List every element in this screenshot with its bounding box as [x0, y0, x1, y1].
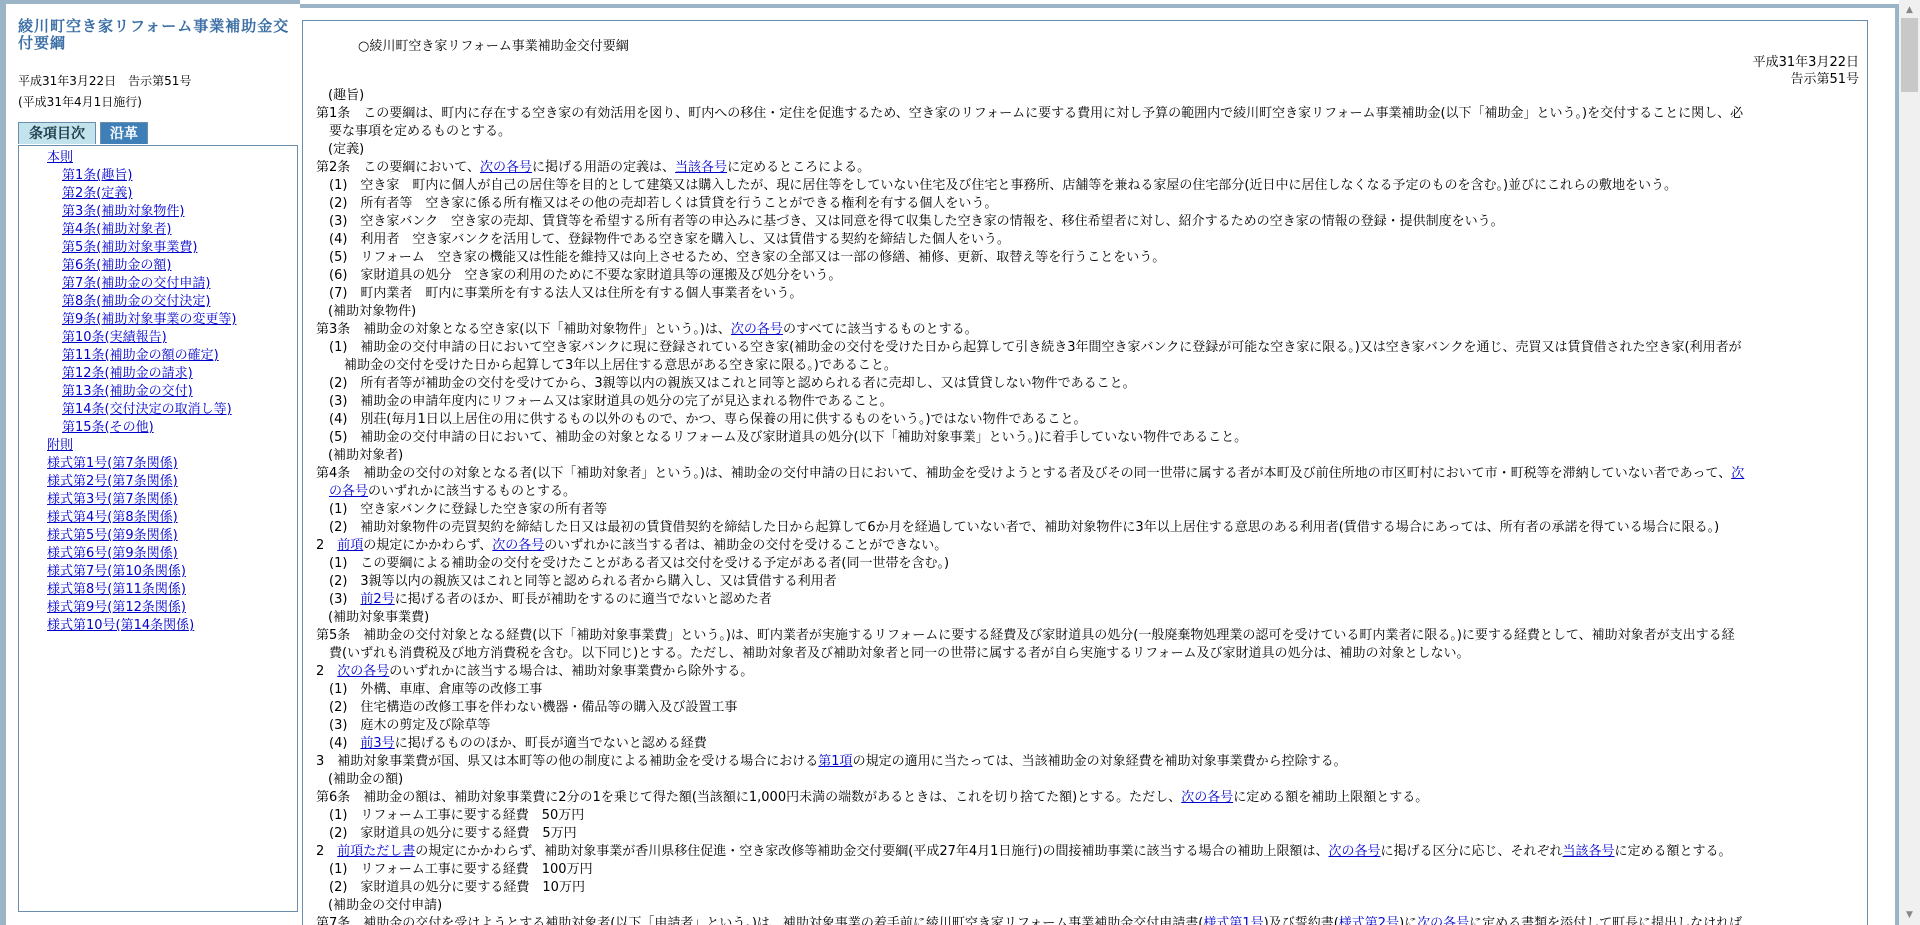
text-segment: 第2条 この要綱において、	[316, 160, 480, 175]
text-segment: のいずれかに該当するものとする。	[368, 484, 576, 499]
text-line: (2) 3親等以内の親族又はこれと同等と認められる者から購入し、又は賃借する利用…	[316, 573, 1856, 591]
text-segment: (1) リフォーム工事に要する経費 100万円	[329, 862, 593, 877]
text-segment: のいずれかに該当する場合は、補助対象事業費から除外する。	[389, 664, 753, 679]
toc-link[interactable]: 様式第7号(第10条関係)	[19, 563, 297, 581]
text-segment: (5) リフォーム 空き家の機能又は性能を維持又は向上させるため、空き家の全部又…	[329, 250, 1165, 265]
text-segment: (2) 住宅構造の改修工事を伴わない機器・備品等の購入及び設置工事	[329, 700, 737, 715]
text-segment: )及び誓約書(	[1264, 916, 1339, 925]
toc-link[interactable]: 附則	[19, 437, 297, 455]
document-body: ○綾川町空き家リフォーム事業補助金交付要綱 平成31年3月22日 告示第51号 …	[302, 20, 1868, 925]
text-segment: に定める額とする。	[1615, 844, 1732, 859]
toc-link[interactable]: 第6条(補助金の額)	[19, 257, 297, 275]
text-segment: (2) 所有者等が補助金の交付を受けてから、3親等以内の親族又はこれと同等と認め…	[329, 376, 1136, 391]
toc-link[interactable]: 第14条(交付決定の取消し等)	[19, 401, 297, 419]
text-segment: (3) 空き家バンク 空き家の売却、賃貸等を希望する所有者等の申込みに基づき、又…	[329, 214, 1504, 229]
document-text: (趣旨)第1条 この要綱は、町内に存在する空き家の有効活用を図り、町内への移住・…	[316, 87, 1856, 925]
text-segment: 第4条 補助金の交付の対象となる者(以下「補助対象者」という。)は、補助金の交付…	[316, 466, 1731, 481]
toc-link[interactable]: 第4条(補助対象者)	[19, 221, 297, 239]
toc-link[interactable]: 第15条(その他)	[19, 419, 297, 437]
text-segment: 要な事項を定めるものとする。	[329, 124, 511, 139]
text-segment: (3)	[329, 592, 360, 607]
text-segment: (2) 家財道具の処分に要する経費 10万円	[329, 880, 585, 895]
text-segment: (補助対象物件)	[328, 304, 416, 319]
enforcement-date: (平成31年4月1日施行)	[18, 93, 142, 110]
text-segment: (定義)	[328, 142, 364, 157]
document-date-block: 平成31年3月22日 告示第51号	[1753, 54, 1859, 88]
toc-link[interactable]: 第9条(補助対象事業の変更等)	[19, 311, 297, 329]
tab-history[interactable]: 沿革	[100, 122, 148, 144]
toc-list: 本則第1条(趣旨)第2条(定義)第3条(補助対象物件)第4条(補助対象者)第5条…	[18, 145, 298, 912]
text-segment: の規定の適用に当たっては、当該補助金の対象経費を補助対象事業費から控除する。	[853, 754, 1347, 769]
toc-link[interactable]: 様式第8号(第11条関係)	[19, 581, 297, 599]
scroll-down-arrow-icon[interactable]: ▼	[1899, 907, 1920, 923]
cross-reference-link[interactable]: 当該各号	[675, 160, 727, 175]
text-line: (3) 補助金の申請年度内にリフォーム又は家財道具の処分の完了が見込まれる物件で…	[316, 393, 1856, 411]
text-segment: )に	[1399, 916, 1417, 925]
text-line: (6) 家財道具の処分 空き家の利用のために不要な家財道具等の運搬及び処分をいう…	[316, 267, 1856, 285]
text-segment: (補助金の額)	[328, 772, 403, 787]
text-segment: (趣旨)	[328, 88, 364, 103]
text-line: 2 次の各号のいずれかに該当する場合は、補助対象事業費から除外する。	[316, 663, 1856, 681]
toc-link[interactable]: 第11条(補助金の額の確定)	[19, 347, 297, 365]
cross-reference-link[interactable]: 前2号	[360, 592, 394, 607]
text-segment: 3 補助対象事業費が国、県又は本町等の他の制度による補助金を受ける場合における	[316, 754, 818, 769]
text-segment: (4) 別荘(毎月1日以上居住の用に供するもの以外のもので、かつ、専ら保養の用に…	[329, 412, 1087, 427]
text-segment: (補助金の交付申請)	[328, 898, 442, 913]
text-line: 要な事項を定めるものとする。	[316, 123, 1856, 141]
text-segment: (4)	[329, 736, 360, 751]
text-segment: 第6条 補助金の額は、補助対象事業費に2分の1を乗じて得た額(当該額に1,000…	[316, 790, 1181, 805]
document-title: ○綾川町空き家リフォーム事業補助金交付要綱	[358, 35, 629, 54]
text-line: 3 補助対象事業費が国、県又は本町等の他の制度による補助金を受ける場合における第…	[316, 753, 1856, 771]
text-segment: 費(いずれも消費税及び地方消費税を含む。以下同じ)とする。ただし、補助対象者及び…	[329, 646, 1470, 661]
cross-reference-link[interactable]: 次の各号	[1181, 790, 1233, 805]
article-line: 第2条 この要綱において、次の各号に掲げる用語の定義は、当該各号に定めるところに…	[316, 159, 1856, 177]
toc-link[interactable]: 第10条(実績報告)	[19, 329, 297, 347]
text-line: (1) 空き家バンクに登録した空き家の所有者等	[316, 501, 1856, 519]
article-line: 第5条 補助金の交付対象となる経費(以下「補助対象事業費」という。)は、町内業者…	[316, 627, 1856, 645]
text-line: (3) 空き家バンク 空き家の売却、賃貸等を希望する所有者等の申込みに基づき、又…	[316, 213, 1856, 231]
toc-link[interactable]: 第8条(補助金の交付決定)	[19, 293, 297, 311]
toc-link[interactable]: 様式第3号(第7条関係)	[19, 491, 297, 509]
toc-frame: 綾川町空き家リフォーム事業補助金交付要綱 平成31年3月22日 告示第51号 (…	[0, 0, 300, 925]
promulgation-date: 平成31年3月22日 告示第51号	[18, 72, 191, 89]
text-segment: (7) 町内業者 町内に事業所を有する法人又は住所を有する個人事業者をいう。	[329, 286, 802, 301]
text-segment: に掲げる者のほか、町長が補助をするのに適当でないと認めた者	[395, 592, 772, 607]
cross-reference-link[interactable]: 次	[1731, 466, 1744, 481]
text-segment: (2) 補助対象物件の売買契約を締結した日又は最初の賃貸借契約を締結した日から起…	[329, 520, 1719, 535]
text-segment: に掲げる用語の定義は、	[532, 160, 675, 175]
text-segment: (1) 空き家 町内に個人が自己の居住等を目的として建築又は購入したが、現に居住…	[329, 178, 1677, 193]
text-segment: 補助金の交付を受けた日から起算して3年以上居住する意思がある空き家に限る。)であ…	[344, 358, 897, 373]
cross-reference-link[interactable]: 前項	[337, 538, 363, 553]
text-line: (1) 外構、車庫、倉庫等の改修工事	[316, 681, 1856, 699]
text-line: (5) リフォーム 空き家の機能又は性能を維持又は向上させるため、空き家の全部又…	[316, 249, 1856, 267]
article-caption: (補助金の額)	[316, 771, 1856, 789]
toc-link[interactable]: 第7条(補助金の交付申請)	[19, 275, 297, 293]
text-segment: (3) 庭木の剪定及び除草等	[329, 718, 490, 733]
text-line: 2 前項ただし書の規定にかかわらず、補助対象事業が香川県移住促進・空き家改修等補…	[316, 843, 1856, 861]
text-line: (1) リフォーム工事に要する経費 100万円	[316, 861, 1856, 879]
text-line: (2) 補助対象物件の売買契約を締結した日又は最初の賃貸借契約を締結した日から起…	[316, 519, 1856, 537]
text-line: (1) 空き家 町内に個人が自己の居住等を目的として建築又は購入したが、現に居住…	[316, 177, 1856, 195]
article-line: 第7条 補助金の交付を受けようとする補助対象者(以下「申請者」という。)は、補助…	[316, 915, 1856, 925]
document-notice-number: 告示第51号	[1753, 71, 1859, 88]
cross-reference-link[interactable]: 次の各号	[731, 322, 783, 337]
text-segment: に定める書類を添付して町長に提出しなければ	[1469, 916, 1742, 925]
cross-reference-link[interactable]: 前項ただし書	[337, 844, 415, 859]
toc-link[interactable]: 様式第9号(第12条関係)	[19, 599, 297, 617]
article-caption: (補助対象物件)	[316, 303, 1856, 321]
cross-reference-link[interactable]: 様式第2号	[1339, 916, 1399, 925]
text-line: 2 前項の規定にかかわらず、次の各号のいずれかに該当する者は、補助金の交付を受け…	[316, 537, 1856, 555]
text-line: (2) 住宅構造の改修工事を伴わない機器・備品等の購入及び設置工事	[316, 699, 1856, 717]
toc-link[interactable]: 第1条(趣旨)	[19, 167, 297, 185]
text-line: (3) 前2号に掲げる者のほか、町長が補助をするのに適当でないと認めた者	[316, 591, 1856, 609]
toc-link[interactable]: 様式第5号(第9条関係)	[19, 527, 297, 545]
text-segment: に掲げるもののほか、町長が適当でないと認める経費	[395, 736, 707, 751]
cross-reference-link[interactable]: 当該各号	[1563, 844, 1615, 859]
text-segment: 第1条 この要綱は、町内に存在する空き家の有効活用を図り、町内への移住・定住を促…	[316, 106, 1743, 121]
article-caption: (補助対象事業費)	[316, 609, 1856, 627]
cross-reference-link[interactable]: 第1項	[818, 754, 852, 769]
cross-reference-link[interactable]: 次の各号	[1329, 844, 1381, 859]
cross-reference-link[interactable]: 次の各号	[480, 160, 532, 175]
text-segment: (1) 外構、車庫、倉庫等の改修工事	[329, 682, 542, 697]
text-segment: に定めるところによる。	[727, 160, 870, 175]
document-frame: ○綾川町空き家リフォーム事業補助金交付要綱 平成31年3月22日 告示第51号 …	[300, 4, 1899, 925]
text-segment: (6) 家財道具の処分 空き家の利用のために不要な家財道具等の運搬及び処分をいう…	[329, 268, 841, 283]
text-segment: 2	[316, 538, 337, 553]
text-segment: に定める額を補助上限額とする。	[1233, 790, 1428, 805]
toc-link[interactable]: 第3条(補助対象物件)	[19, 203, 297, 221]
text-segment: に掲げる区分に応じ、それぞれ	[1381, 844, 1563, 859]
text-segment: (2) 家財道具の処分に要する経費 5万円	[329, 826, 577, 841]
text-line: (2) 所有者等が補助金の交付を受けてから、3親等以内の親族又はこれと同等と認め…	[316, 375, 1856, 393]
text-line: (2) 家財道具の処分に要する経費 5万円	[316, 825, 1856, 843]
law-title-heading: 綾川町空き家リフォーム事業補助金交付要綱	[18, 18, 298, 52]
text-line: (7) 町内業者 町内に事業所を有する法人又は住所を有する個人事業者をいう。	[316, 285, 1856, 303]
text-line: (1) この要綱による補助金の交付を受けたことがある者又は交付を受ける予定がある…	[316, 555, 1856, 573]
text-segment: (5) 補助金の交付申請の日において、補助金の対象となるリフォーム及び家財道具の…	[329, 430, 1247, 445]
article-caption: (定義)	[316, 141, 1856, 159]
text-segment: 第7条 補助金の交付を受けようとする補助対象者(以下「申請者」という。)は、補助…	[316, 916, 1203, 925]
text-line: (3) 庭木の剪定及び除草等	[316, 717, 1856, 735]
text-line: (1) リフォーム工事に要する経費 50万円	[316, 807, 1856, 825]
text-segment: (2) 3親等以内の親族又はこれと同等と認められる者から購入し、又は賃借する利用…	[329, 574, 837, 589]
text-segment: (1) 補助金の交付申請の日において空き家バンクに現に登録されている空き家(補助…	[329, 340, 1742, 355]
article-caption: (趣旨)	[316, 87, 1856, 105]
article-caption: (補助金の交付申請)	[316, 897, 1856, 915]
text-segment: のいずれかに該当する者は、補助金の交付を受けることができない。	[544, 538, 947, 553]
text-segment: の規定にかかわらず、補助対象事業が香川県移住促進・空き家改修等補助金交付要綱(平…	[415, 844, 1328, 859]
text-segment: の規定にかかわらず、	[363, 538, 492, 553]
text-segment: (1) 空き家バンクに登録した空き家の所有者等	[329, 502, 607, 517]
text-line: (4) 前3号に掲げるもののほか、町長が適当でないと認める経費	[316, 735, 1856, 753]
toc-link[interactable]: 第2条(定義)	[19, 185, 297, 203]
text-segment: (補助対象事業費)	[328, 610, 429, 625]
toc-link[interactable]: 様式第2号(第7条関係)	[19, 473, 297, 491]
text-line: (4) 別荘(毎月1日以上居住の用に供するもの以外のもので、かつ、専ら保養の用に…	[316, 411, 1856, 429]
cross-reference-link[interactable]: 次の各号	[492, 538, 544, 553]
toc-link[interactable]: 様式第6号(第9条関係)	[19, 545, 297, 563]
text-segment: (2) 所有者等 空き家に係る所有権又はその他の売却若しくは賃貸を行うことができ…	[329, 196, 997, 211]
scrollbar-thumb[interactable]	[1901, 18, 1918, 92]
text-segment: (4) 利用者 空き家バンクを活用して、登録物件である空き家を購入し、又は賃借す…	[329, 232, 1010, 247]
scroll-up-arrow-icon[interactable]: ▲	[1899, 2, 1920, 18]
text-line: (4) 利用者 空き家バンクを活用して、登録物件である空き家を購入し、又は賃借す…	[316, 231, 1856, 249]
text-line: (5) 補助金の交付申請の日において、補助金の対象となるリフォーム及び家財道具の…	[316, 429, 1856, 447]
article-caption: (補助対象者)	[316, 447, 1856, 465]
toc-link[interactable]: 様式第1号(第7条関係)	[19, 455, 297, 473]
article-line: 第6条 補助金の額は、補助対象事業費に2分の1を乗じて得た額(当該額に1,000…	[316, 789, 1856, 807]
vertical-scrollbar[interactable]: ▲ ▼	[1899, 0, 1920, 925]
text-line: (2) 家財道具の処分に要する経費 10万円	[316, 879, 1856, 897]
cross-reference-link[interactable]: 様式第1号	[1203, 916, 1263, 925]
cross-reference-link[interactable]: 前3号	[360, 736, 394, 751]
text-line: の各号のいずれかに該当するものとする。	[316, 483, 1856, 501]
cross-reference-link[interactable]: の各号	[329, 484, 368, 499]
text-segment: 第3条 補助金の対象となる空き家(以下「補助対象物件」という。)は、	[316, 322, 731, 337]
text-segment: 第5条 補助金の交付対象となる経費(以下「補助対象事業費」という。)は、町内業者…	[316, 628, 1735, 643]
article-line: 第1条 この要綱は、町内に存在する空き家の有効活用を図り、町内への移住・定住を促…	[316, 105, 1856, 123]
toc-link[interactable]: 第12条(補助金の請求)	[19, 365, 297, 383]
cross-reference-link[interactable]: 次の各号	[337, 664, 389, 679]
text-segment: のすべてに該当するものとする。	[783, 322, 978, 337]
document-date: 平成31年3月22日	[1753, 54, 1859, 71]
text-segment: (1) リフォーム工事に要する経費 50万円	[329, 808, 584, 823]
article-line: 第4条 補助金の交付の対象となる者(以下「補助対象者」という。)は、補助金の交付…	[316, 465, 1856, 483]
toc-link[interactable]: 本則	[19, 149, 297, 167]
text-line: (1) 補助金の交付申請の日において空き家バンクに現に登録されている空き家(補助…	[316, 339, 1856, 357]
text-segment: (3) 補助金の申請年度内にリフォーム又は家財道具の処分の完了が見込まれる物件で…	[329, 394, 893, 409]
article-line: 第3条 補助金の対象となる空き家(以下「補助対象物件」という。)は、次の各号のす…	[316, 321, 1856, 339]
cross-reference-link[interactable]: 次の各号	[1417, 916, 1469, 925]
toc-link[interactable]: 第13条(補助金の交付)	[19, 383, 297, 401]
text-line: (2) 所有者等 空き家に係る所有権又はその他の売却若しくは賃貸を行うことができ…	[316, 195, 1856, 213]
toc-link[interactable]: 様式第10号(第14条関係)	[19, 617, 297, 635]
toc-link[interactable]: 様式第4号(第8条関係)	[19, 509, 297, 527]
text-line: 費(いずれも消費税及び地方消費税を含む。以下同じ)とする。ただし、補助対象者及び…	[316, 645, 1856, 663]
text-segment: 2	[316, 844, 337, 859]
toc-link[interactable]: 第5条(補助対象事業費)	[19, 239, 297, 257]
text-segment: 2	[316, 664, 337, 679]
tab-article-index[interactable]: 条項目次	[18, 122, 96, 144]
text-segment: (補助対象者)	[328, 448, 403, 463]
text-line: 補助金の交付を受けた日から起算して3年以上居住する意思がある空き家に限る。)であ…	[316, 357, 1856, 375]
text-segment: (1) この要綱による補助金の交付を受けたことがある者又は交付を受ける予定がある…	[329, 556, 949, 571]
